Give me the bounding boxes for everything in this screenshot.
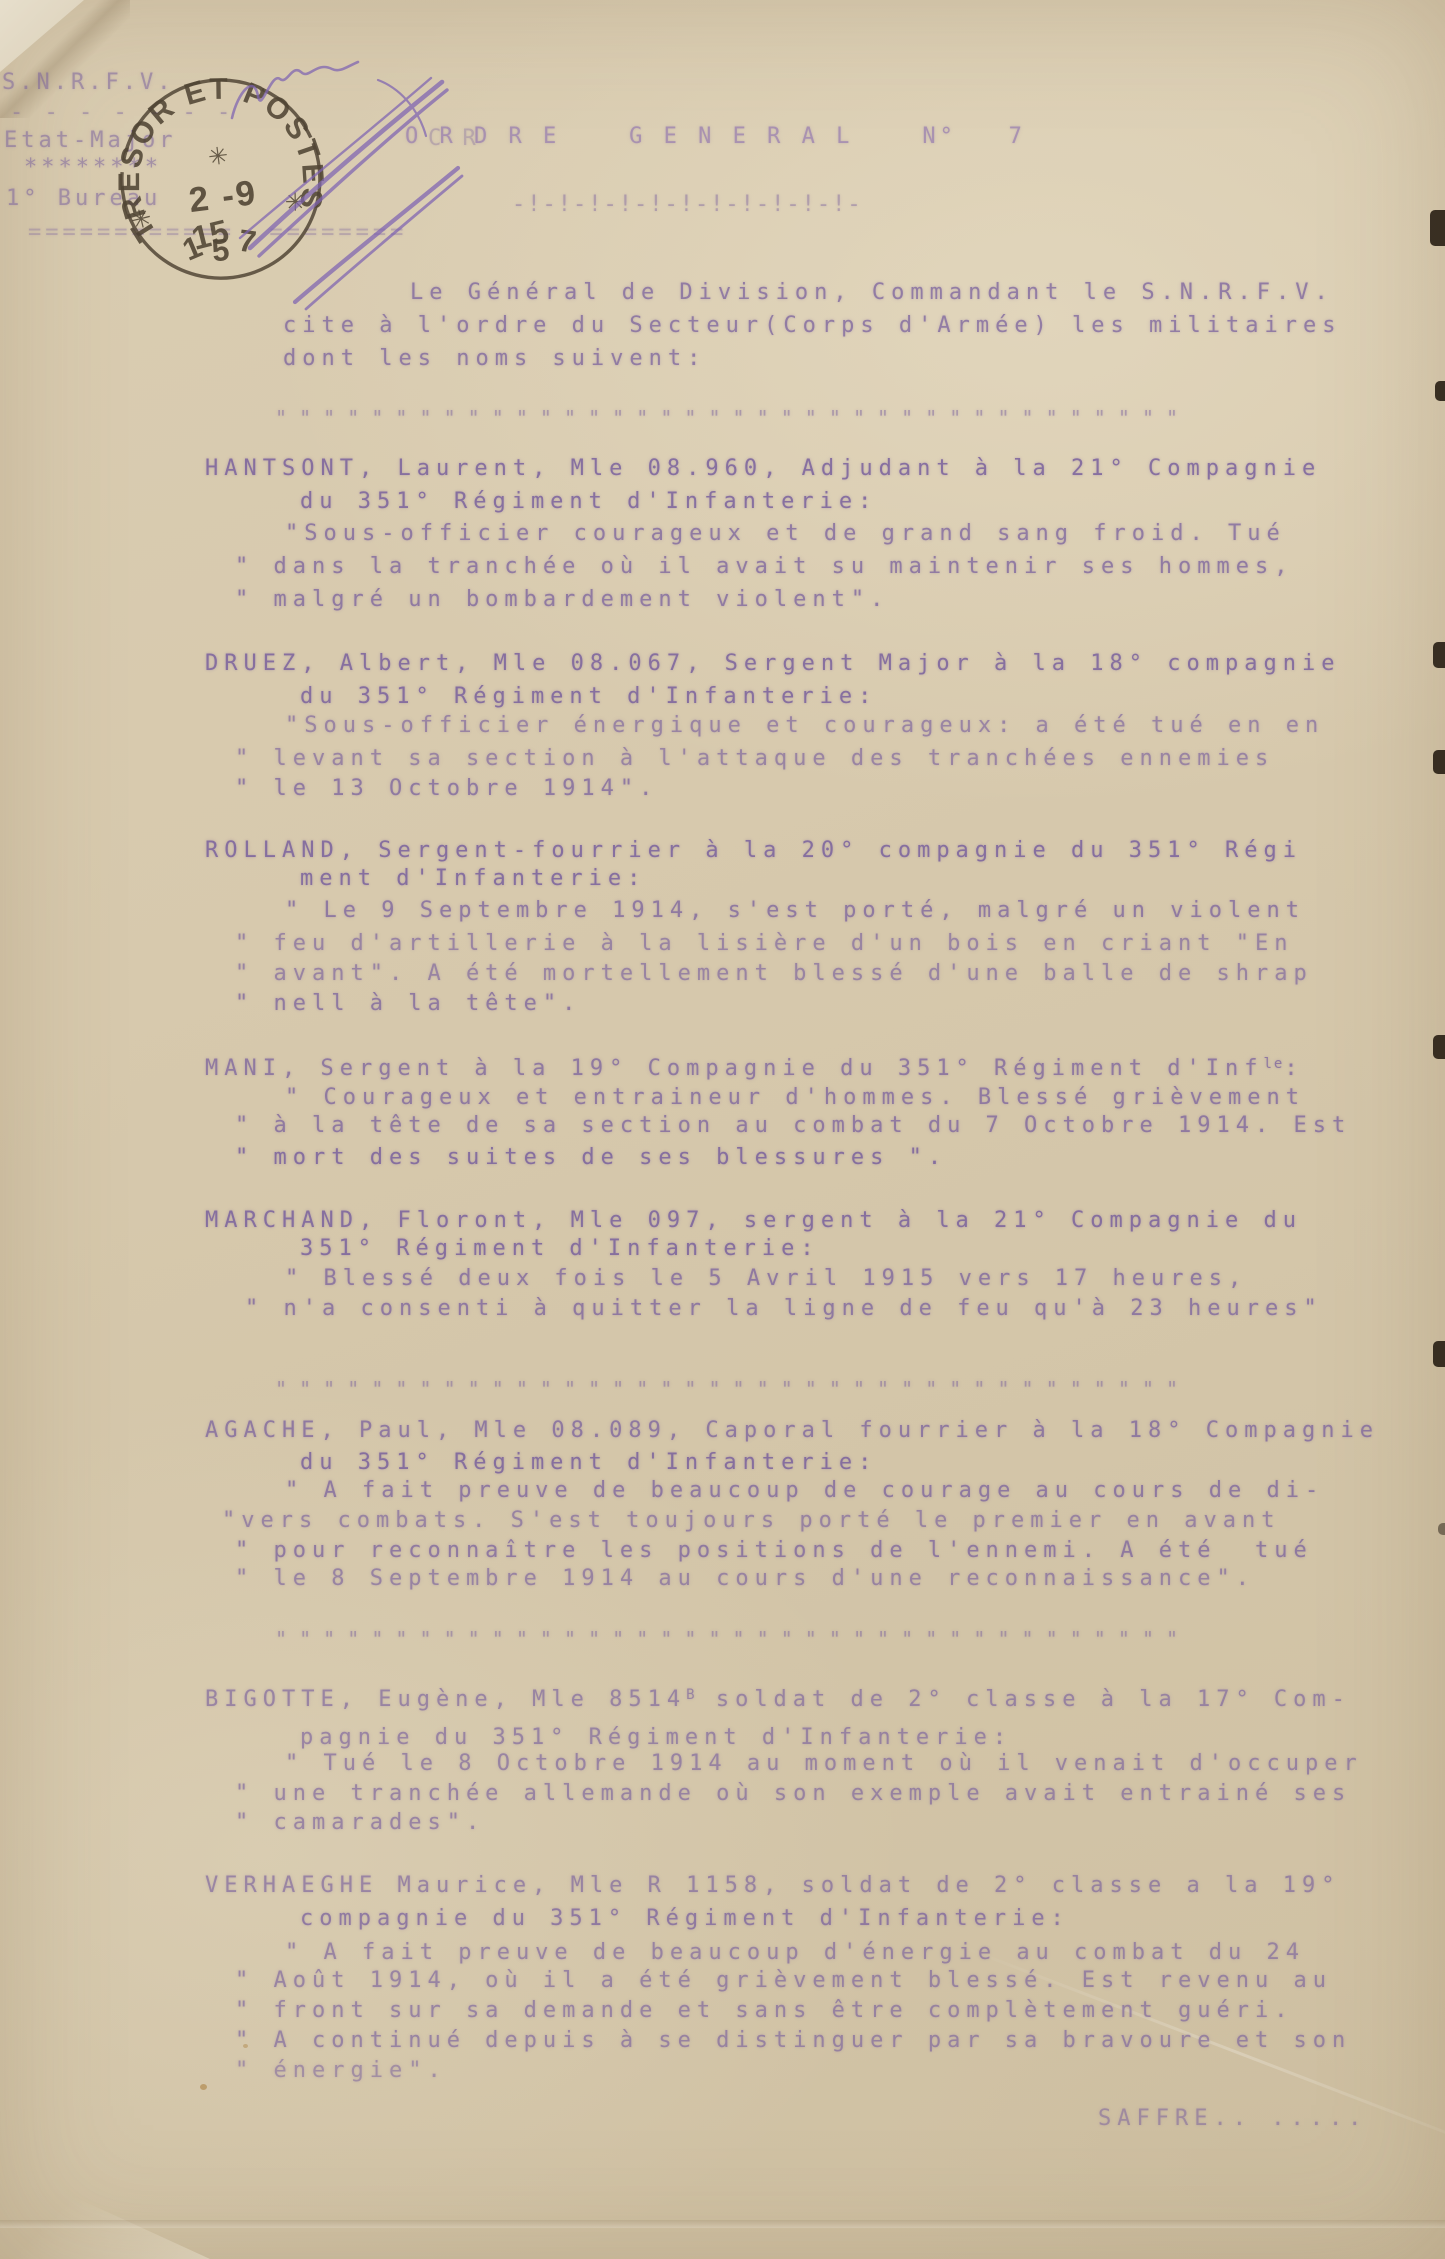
citation-line: " A continué depuis à se distinguer par … xyxy=(235,2028,1351,2054)
citation-line: " A fait preuve de beaucoup d'énergie au… xyxy=(285,1940,1305,1966)
citation-line: "vers combats. S'est toujours porté le p… xyxy=(222,1508,1280,1534)
citation-name-pre: MANI, Sergent à la 19° Compagnie du 351°… xyxy=(205,1056,1263,1081)
bottom-crease xyxy=(0,2220,1445,2228)
page-edge-mark xyxy=(1433,1341,1445,1367)
citation-name-pre: BIGOTTE, Eugène, Mle 8514 xyxy=(205,1687,686,1712)
worn-corner-bottom-left xyxy=(0,2163,210,2259)
citation-name-line: ROLLAND, Sergent-fourrier à la 20° compa… xyxy=(205,838,1302,864)
page-edge-mark xyxy=(1435,381,1445,401)
citation-name-superscript: le xyxy=(1263,1056,1284,1072)
citation-line: " nell à la tête". xyxy=(235,991,581,1017)
signature: SAFFRE.. ..... xyxy=(1098,2106,1367,2132)
citation-name-line: VERHAEGHE Maurice, Mle R 1158, soldat de… xyxy=(205,1873,1340,1899)
citation-line: " Blessé deux fois le 5 Avril 1915 vers … xyxy=(285,1266,1247,1292)
citation-line: " le 13 Octobre 1914". xyxy=(235,776,658,802)
quote-separator: " " " " " " " " " " " " " " " " " " " " … xyxy=(275,1376,1178,1402)
citation-line: " levant sa section à l'attaque des tran… xyxy=(235,746,1274,772)
citation-line: 351° Régiment d'Infanterie: xyxy=(300,1236,820,1262)
citation-name-line: AGACHE, Paul, Mle 08.089, Caporal fourri… xyxy=(205,1418,1379,1444)
citation-line: " avant". A été mortellement blessé d'un… xyxy=(235,961,1313,987)
page-edge-mark xyxy=(1438,1523,1445,1535)
citation-line: " Courageux et entraineur d'hommes. Bles… xyxy=(285,1085,1305,1111)
citation-line: du 351° Régiment d'Infanterie: xyxy=(300,489,877,515)
citation-line: " Tué le 8 Octobre 1914 au moment où il … xyxy=(285,1751,1363,1777)
citation-line: ment d'Infanterie: xyxy=(300,866,646,892)
citation-line: " mort des suites de ses blessures ". xyxy=(235,1145,947,1171)
citation-line: compagnie du 351° Régiment d'Infanterie: xyxy=(300,1906,1070,1932)
citation-name-line: DRUEZ, Albert, Mle 08.067, Sergent Major… xyxy=(205,651,1340,677)
citation-name-line: BIGOTTE, Eugène, Mle 8514B soldat de 2° … xyxy=(205,1682,1351,1713)
citation-line: " Le 9 Septembre 1914, s'est porté, malg… xyxy=(285,898,1305,924)
page-edge-mark xyxy=(1433,750,1445,774)
quote-separator: " " " " " " " " " " " " " " " " " " " " … xyxy=(275,405,1178,431)
citation-name-superscript: B xyxy=(686,1687,696,1703)
page-edge-mark xyxy=(1430,210,1445,246)
document-page: S.N.R.F.V. - - - - - - - Etat-Major ****… xyxy=(0,0,1445,2259)
rust-spot xyxy=(200,2084,207,2090)
handwritten-scribble xyxy=(180,20,700,360)
citation-name-line: MARCHAND, Floront, Mle 097, sergent à la… xyxy=(205,1208,1302,1234)
citation-line: " camarades". xyxy=(235,1810,485,1836)
citation-line: "Sous-officier courageux et de grand san… xyxy=(285,521,1286,547)
citation-line: " front sur sa demande et sans être comp… xyxy=(235,1998,1293,2024)
quote-separator: " " " " " " " " " " " " " " " " " " " " … xyxy=(275,1626,1178,1652)
citation-line: " n'a consenti à quitter la ligne de feu… xyxy=(245,1296,1323,1322)
citation-line: " énergie". xyxy=(235,2058,447,2084)
citation-line: " pour reconnaître les positions de l'en… xyxy=(235,1538,1313,1564)
citation-name-post: soldat de 2° classe à la 17° Com- xyxy=(697,1687,1351,1712)
folded-corner-top-left xyxy=(0,0,84,72)
citation-name-post: : xyxy=(1284,1056,1303,1081)
citation-line: pagnie du 351° Régiment d'Infanterie: xyxy=(300,1725,1012,1751)
citation-line: " une tranchée allemande où son exemple … xyxy=(235,1781,1351,1807)
citation-line: " à la tête de sa section au combat du 7… xyxy=(235,1113,1351,1139)
citation-line: "Sous-officier énergique et courageux: a… xyxy=(285,713,1324,739)
citation-line: " malgré un bombardement violent". xyxy=(235,587,889,613)
citation-line: du 351° Régiment d'Infanterie: xyxy=(300,1450,877,1476)
citation-name-line: HANTSONT, Laurent, Mle 08.960, Adjudant … xyxy=(205,456,1321,482)
citation-name-line: MANI, Sergent à la 19° Compagnie du 351°… xyxy=(205,1051,1304,1082)
citation-line: " dans la tranchée où il avait su mainte… xyxy=(235,554,1293,580)
citation-line: " A fait preuve de beaucoup de courage a… xyxy=(285,1478,1324,1504)
citation-line: du 351° Régiment d'Infanterie: xyxy=(300,684,877,710)
citation-line: " Août 1914, où il a été grièvement bles… xyxy=(235,1968,1332,1994)
page-edge-mark xyxy=(1433,1035,1445,1059)
page-edge-mark xyxy=(1433,642,1445,668)
citation-line: " feu d'artillerie à la lisière d'un boi… xyxy=(235,931,1293,957)
citation-line: " le 8 Septembre 1914 au cours d'une rec… xyxy=(235,1566,1255,1592)
